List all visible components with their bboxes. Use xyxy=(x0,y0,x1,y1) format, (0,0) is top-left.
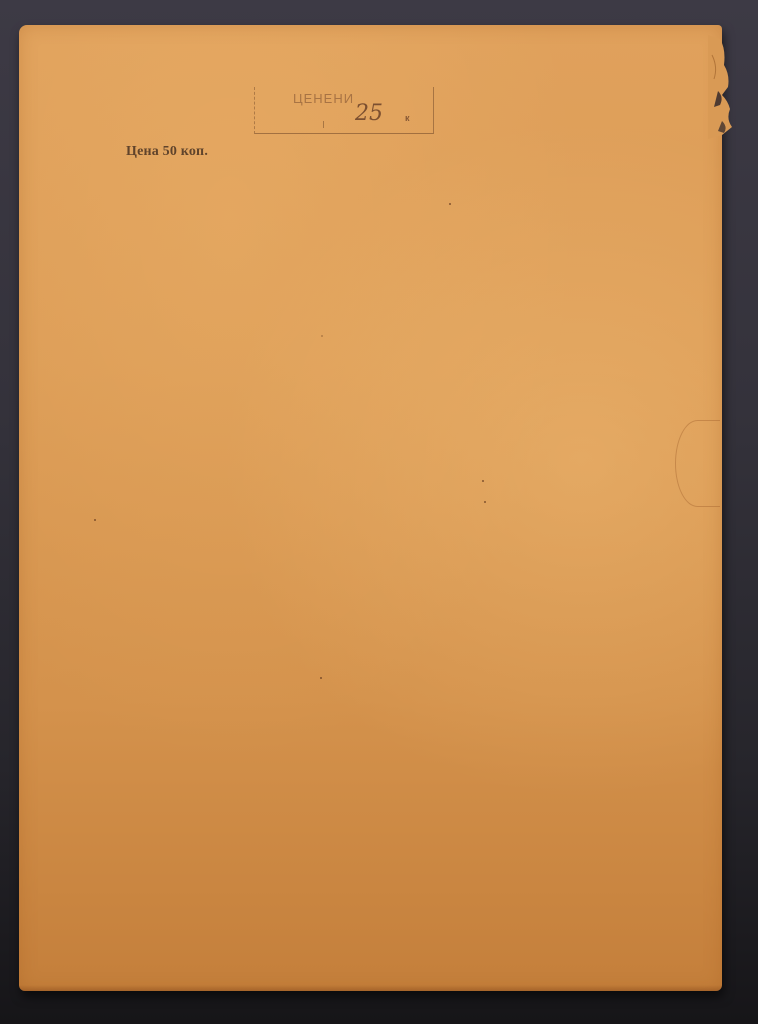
water-stain xyxy=(675,420,720,507)
torn-corner-damage xyxy=(708,35,736,145)
stamp-label: ЦЕНЕНИ xyxy=(293,91,354,106)
book-back-cover: ЦЕНЕНИ 25 к Цена 50 коп. xyxy=(19,25,722,991)
paper-speck xyxy=(320,677,322,679)
stamp-unit: к xyxy=(405,113,410,123)
stamp-handwritten-value: 25 xyxy=(355,101,383,126)
paper-speck xyxy=(321,335,323,337)
paper-speck xyxy=(482,480,484,482)
printed-price: Цена 50 коп. xyxy=(126,144,208,160)
paper-speck xyxy=(94,519,96,521)
stamp-tick-mark xyxy=(323,121,324,128)
price-stamp: ЦЕНЕНИ 25 к xyxy=(254,87,434,134)
paper-speck xyxy=(449,203,451,205)
paper-speck xyxy=(484,501,486,503)
